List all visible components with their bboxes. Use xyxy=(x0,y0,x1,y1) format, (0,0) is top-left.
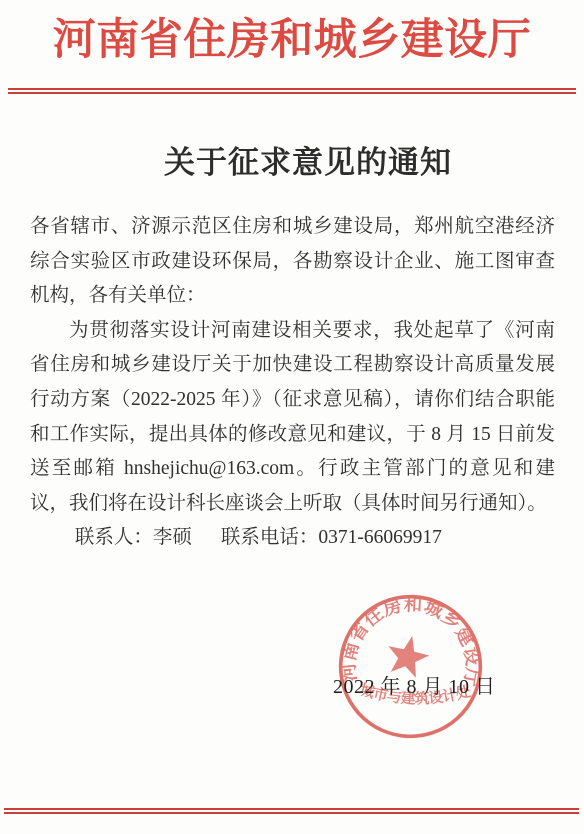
recipients-paragraph: 各省辖市、济源示范区住房和城乡建设局，郑州航空港经济综合实验区市政建设环保局，各… xyxy=(30,210,555,314)
body-paragraph: 为贯彻落实设计河南建设相关要求，我处起草了《河南省住房和城乡建设厅关于加快建设工… xyxy=(30,314,555,522)
issue-date: 2022 年 8 月 10 日 xyxy=(333,670,496,699)
footer-divider xyxy=(4,808,579,814)
document-page: 河南省住房和城乡建设厅 关于征求意见的通知 各省辖市、济源示范区住房和城乡建设局… xyxy=(0,0,584,834)
contact-person-label: 联系人： xyxy=(75,527,153,548)
header-divider xyxy=(8,88,576,94)
notice-title: 关于征求意见的通知 xyxy=(16,137,584,182)
official-seal: 河南省住房和城乡建设厅 城市与建筑设计处 xyxy=(333,589,487,743)
contact-phone-number: 0371-66069917 xyxy=(318,527,442,548)
contact-person-name: 李硕 xyxy=(153,527,192,548)
contact-line: 联系人：李硕联系电话：0371-66069917 xyxy=(30,521,555,556)
agency-name: 河南省住房和城乡建设厅 xyxy=(0,6,584,67)
contact-phone-label: 联系电话： xyxy=(221,527,319,548)
notice-body: 各省辖市、济源示范区住房和城乡建设局，郑州航空港经济综合实验区市政建设环保局，各… xyxy=(30,210,555,556)
